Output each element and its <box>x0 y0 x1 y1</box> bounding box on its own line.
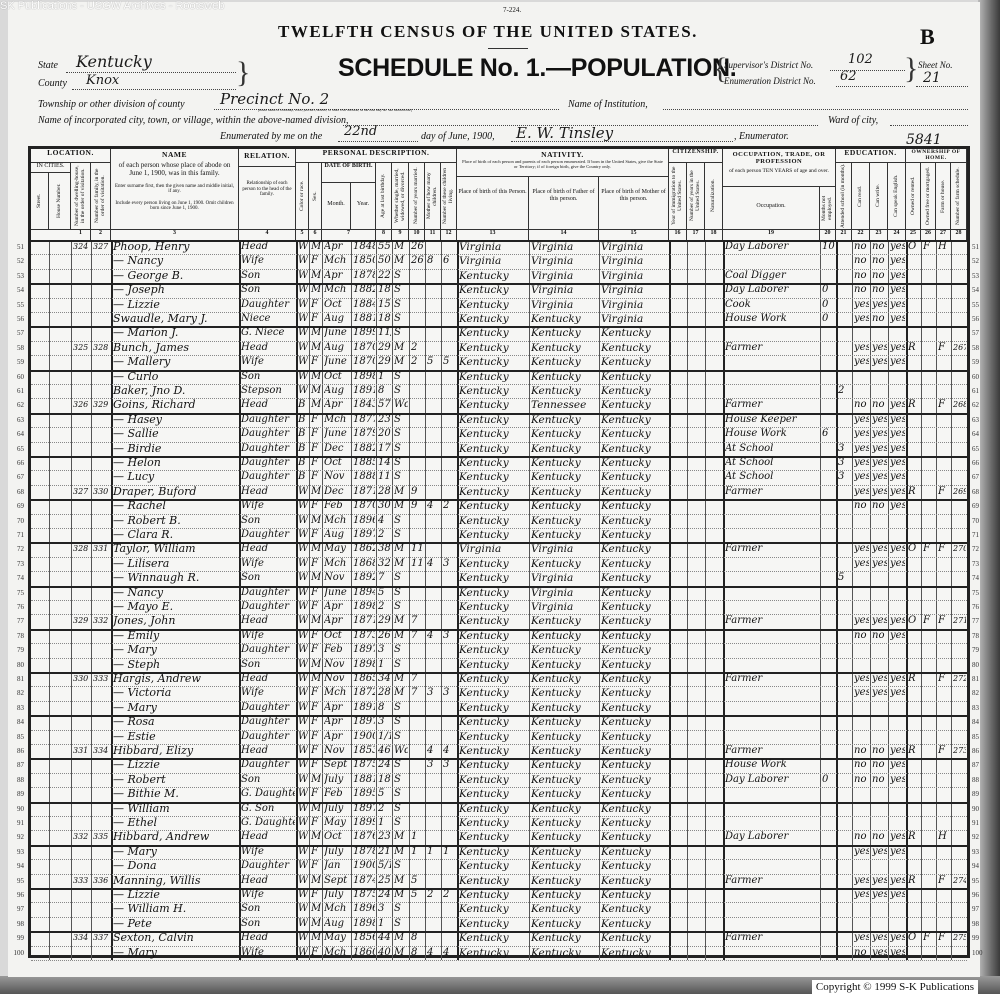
cell-year: 1899 <box>353 816 375 830</box>
cell-birth: Kentucky <box>459 614 528 628</box>
cell-mother-of <box>427 773 440 787</box>
cell-relation: Son <box>241 283 295 297</box>
cell-dwelling <box>73 571 90 585</box>
cell-mother-of: 4 <box>427 946 440 960</box>
cell-living <box>443 370 456 384</box>
cell-occupation <box>725 845 819 859</box>
cell-age: 32 <box>378 557 391 571</box>
cell-mother-birth: Virginia <box>601 269 668 283</box>
cell-farm-no <box>953 816 966 830</box>
cell-school <box>838 917 851 931</box>
cell-free <box>923 499 935 513</box>
cell-english <box>890 701 905 715</box>
cell-mother-of: 3 <box>427 686 440 700</box>
cell-color: W <box>298 730 308 744</box>
cell-relation: Daughter <box>241 758 295 772</box>
line-number: 60 <box>972 373 988 381</box>
cell-living <box>443 902 456 916</box>
cell-family <box>93 470 110 484</box>
cell-yrs-married <box>411 298 424 312</box>
cell-owned: R <box>908 830 920 844</box>
cell-farm-no <box>953 845 966 859</box>
cell-living <box>443 514 456 528</box>
cell-mother-of <box>427 614 440 628</box>
cell-farm <box>938 946 950 960</box>
cell-dwelling <box>73 298 90 312</box>
enum-day-line <box>338 141 418 142</box>
cell-name: — Joseph <box>113 283 238 297</box>
cell-family <box>93 442 110 456</box>
cell-occupation <box>725 730 819 744</box>
line-number: 54 <box>972 286 988 294</box>
cell-occupation <box>725 658 819 672</box>
line-number: 76 <box>972 603 988 611</box>
cell-school <box>838 254 851 268</box>
cell-yrs-married <box>411 427 424 441</box>
header-citizenship: CITIZENSHIP. <box>669 149 723 163</box>
cell-relation: G. Son <box>241 802 295 816</box>
cell-school <box>838 830 851 844</box>
cell-write <box>872 600 887 614</box>
cell-family <box>93 946 110 960</box>
cell-color: W <box>298 586 308 600</box>
header-years-in-us: Number of years in the United States. <box>687 163 705 230</box>
column-number: 4 <box>239 230 296 240</box>
line-number: 64 <box>8 430 24 438</box>
cell-unemployed <box>822 384 835 398</box>
cell-farm <box>938 773 950 787</box>
cell-color: W <box>298 341 308 355</box>
cell-name: Baker, Jno D. <box>113 384 238 398</box>
cell-name: — Mary <box>113 701 238 715</box>
header-nativity: NATIVITY. Place of birth of each person … <box>457 149 669 177</box>
line-number: 64 <box>972 430 988 438</box>
cell-unemployed <box>822 326 835 340</box>
cell-free <box>923 802 935 816</box>
cell-year: 1898 <box>353 658 375 672</box>
cell-name: — Hasey <box>113 413 238 427</box>
column-number: 20 <box>820 230 836 240</box>
cell-age: 34 <box>378 672 391 686</box>
cell-farm <box>938 470 950 484</box>
cell-year: 1856 <box>353 931 375 945</box>
cell-relation: Wife <box>241 888 295 902</box>
column-number: 2 <box>91 230 111 240</box>
cell-english: yes <box>890 456 905 470</box>
cell-mother-of: 4 <box>427 557 440 571</box>
cell-write <box>872 326 887 340</box>
line-number: 82 <box>972 689 988 697</box>
cell-yrs-married <box>411 413 424 427</box>
cell-mother-of <box>427 312 440 326</box>
cell-month: June <box>324 427 350 441</box>
header-immigration: Year of immigration to the United States… <box>669 163 687 230</box>
cell-occupation: House Work <box>725 312 819 326</box>
line-number: 62 <box>972 401 988 409</box>
cell-month: Apr <box>324 240 350 254</box>
cell-owned <box>908 586 920 600</box>
cell-free <box>923 845 935 859</box>
supervisor-label: Supervisor's District No. <box>724 60 813 70</box>
cell-write: yes <box>872 845 887 859</box>
cell-year: 1860 <box>353 946 375 960</box>
cell-month: June <box>324 355 350 369</box>
cell-month: Feb <box>324 643 350 657</box>
cell-school <box>838 787 851 801</box>
cell-father-birth: Virginia <box>531 600 598 614</box>
line-number: 85 <box>972 733 988 741</box>
cell-school <box>838 499 851 513</box>
cell-farm-no: 275 <box>953 931 966 945</box>
cell-school <box>838 355 851 369</box>
cell-mother-of: 4 <box>427 744 440 758</box>
cell-mother-of <box>427 787 440 801</box>
cell-occupation: House Work <box>725 758 819 772</box>
cell-write <box>872 715 887 729</box>
cell-father-birth: Kentucky <box>531 485 598 499</box>
cell-dwelling <box>73 326 90 340</box>
cell-farm: H <box>938 240 950 254</box>
cell-read: yes <box>854 456 869 470</box>
cell-age: 40 <box>378 946 391 960</box>
cell-write <box>872 643 887 657</box>
cell-living <box>443 456 456 470</box>
cell-living <box>443 283 456 297</box>
cell-month: Mch <box>324 413 350 427</box>
cell-farm-no: 271 <box>953 614 966 628</box>
census-title: TWELFTH CENSUS OF THE UNITED STATES. <box>278 22 698 42</box>
cell-mother-birth: Kentucky <box>601 384 668 398</box>
cell-family <box>93 254 110 268</box>
line-number: 78 <box>8 632 24 640</box>
cell-unemployed <box>822 355 835 369</box>
cell-living: 3 <box>443 686 456 700</box>
cell-mother-birth: Kentucky <box>601 413 668 427</box>
cell-yrs-married: 11 <box>411 557 424 571</box>
cell-living <box>443 600 456 614</box>
cell-english <box>890 600 905 614</box>
cell-family: 329 <box>93 398 110 412</box>
cell-farm-no <box>953 686 966 700</box>
cell-year: 1900 <box>353 859 375 873</box>
cell-read: yes <box>854 542 869 556</box>
cell-free: F <box>923 931 935 945</box>
line-number: 83 <box>8 704 24 712</box>
cell-unemployed <box>822 370 835 384</box>
cell-yrs-married <box>411 902 424 916</box>
cell-sex: F <box>311 744 321 758</box>
cell-marital: S <box>394 600 408 614</box>
cell-occupation: Farmer <box>725 874 819 888</box>
cell-farm <box>938 355 950 369</box>
cell-father-birth: Kentucky <box>531 773 598 787</box>
cell-name: — Robert B. <box>113 514 238 528</box>
cell-farm-no <box>953 629 966 643</box>
cell-english <box>890 917 905 931</box>
cell-marital: S <box>394 470 408 484</box>
cell-owned <box>908 470 920 484</box>
line-number: 63 <box>972 416 988 424</box>
cell-unemployed <box>822 830 835 844</box>
cell-relation: Head <box>241 931 295 945</box>
cell-unemployed <box>822 614 835 628</box>
cell-family: 336 <box>93 874 110 888</box>
cell-marital: M <box>394 888 408 902</box>
cell-farm-no <box>953 312 966 326</box>
header-year: Year. <box>351 183 376 230</box>
cell-free <box>923 643 935 657</box>
header-farm-schedule: Number of farm schedule. <box>951 163 967 230</box>
cell-color: W <box>298 528 308 542</box>
cell-farm <box>938 514 950 528</box>
cell-month: Nov <box>324 672 350 686</box>
cell-english <box>890 802 905 816</box>
cell-age: 1 <box>378 370 391 384</box>
cell-school <box>838 542 851 556</box>
cell-birth: Kentucky <box>459 514 528 528</box>
cell-mother-of <box>427 643 440 657</box>
cell-relation: Wife <box>241 845 295 859</box>
cell-father-birth: Kentucky <box>531 643 598 657</box>
cell-name: — Helon <box>113 456 238 470</box>
cell-owned <box>908 528 920 542</box>
cell-father-birth: Kentucky <box>531 946 598 960</box>
cell-owned: O <box>908 240 920 254</box>
cell-marital: S <box>394 312 408 326</box>
cell-mother-of <box>427 658 440 672</box>
cell-read: yes <box>854 874 869 888</box>
cell-color: W <box>298 326 308 340</box>
cell-dwelling <box>73 269 90 283</box>
cell-month: July <box>324 888 350 902</box>
column-number: 7 <box>322 230 376 240</box>
cell-living <box>443 326 456 340</box>
cell-occupation <box>725 355 819 369</box>
line-number: 52 <box>972 257 988 265</box>
cell-unemployed <box>822 917 835 931</box>
cell-sex: F <box>311 312 321 326</box>
cell-sex: F <box>311 557 321 571</box>
cell-write: yes <box>872 456 887 470</box>
cell-mother-birth: Kentucky <box>601 542 668 556</box>
cell-school <box>838 658 851 672</box>
cell-dwelling <box>73 470 90 484</box>
header-can-read: Can read. <box>852 163 870 230</box>
cell-color: W <box>298 614 308 628</box>
cell-mother-of <box>427 269 440 283</box>
cell-farm: F <box>938 398 950 412</box>
cell-english: yes <box>890 672 905 686</box>
cell-farm-no <box>953 283 966 297</box>
column-number: 16 <box>669 230 687 240</box>
line-number: 79 <box>972 646 988 654</box>
form-number: 7-224. <box>503 6 521 14</box>
cell-farm-no <box>953 758 966 772</box>
cell-color: W <box>298 298 308 312</box>
cell-living <box>443 715 456 729</box>
cell-read <box>854 701 869 715</box>
cell-read <box>854 715 869 729</box>
enumerator-label: , Enumerator. <box>734 131 789 142</box>
cell-dwelling: 330 <box>73 672 90 686</box>
enumeration-line <box>836 86 905 87</box>
row-divider <box>31 960 967 961</box>
cell-occupation: Farmer <box>725 398 819 412</box>
cell-sex: F <box>311 787 321 801</box>
cell-age: 21 <box>378 845 391 859</box>
cell-school <box>838 715 851 729</box>
line-number: 81 <box>8 675 24 683</box>
cell-farm-no <box>953 456 966 470</box>
cell-mother-birth: Virginia <box>601 312 668 326</box>
cell-family: 334 <box>93 744 110 758</box>
cell-unemployed <box>822 528 835 542</box>
cell-read <box>854 816 869 830</box>
cell-family <box>93 816 110 830</box>
cell-relation: Wife <box>241 946 295 960</box>
cell-mother-birth: Kentucky <box>601 341 668 355</box>
cell-farm <box>938 859 950 873</box>
cell-owned <box>908 629 920 643</box>
cell-write: no <box>872 254 887 268</box>
cell-family <box>93 312 110 326</box>
cell-birth: Kentucky <box>459 557 528 571</box>
cell-month: July <box>324 802 350 816</box>
cell-sex: M <box>311 658 321 672</box>
cell-owned <box>908 413 920 427</box>
cell-father-birth: Kentucky <box>531 888 598 902</box>
cell-color: W <box>298 658 308 672</box>
line-number: 56 <box>972 315 988 323</box>
cell-unemployed <box>822 787 835 801</box>
cell-name: — Winnaugh R. <box>113 571 238 585</box>
cell-owned: R <box>908 485 920 499</box>
cell-mother-birth: Kentucky <box>601 830 668 844</box>
cell-mother-birth: Kentucky <box>601 355 668 369</box>
cell-occupation <box>725 528 819 542</box>
cell-mother-birth: Kentucky <box>601 686 668 700</box>
cell-birth: Kentucky <box>459 298 528 312</box>
cell-farm <box>938 845 950 859</box>
cell-farm <box>938 586 950 600</box>
cell-family <box>93 586 110 600</box>
cell-month: Sept <box>324 758 350 772</box>
cell-birth: Kentucky <box>459 341 528 355</box>
cell-marital: M <box>394 542 408 556</box>
cell-write <box>872 571 887 585</box>
cell-month: Oct <box>324 830 350 844</box>
line-number: 89 <box>8 790 24 798</box>
cell-age: 1/12 <box>378 730 391 744</box>
cell-dwelling: 329 <box>73 614 90 628</box>
cell-mother-of <box>427 931 440 945</box>
cell-age: 26 <box>378 629 391 643</box>
cell-farm <box>938 888 950 902</box>
header-ownership: OWNERSHIP OF HOME. <box>906 149 967 163</box>
cell-birth: Kentucky <box>459 269 528 283</box>
cell-yrs-married: 26 <box>411 254 424 268</box>
cell-owned: R <box>908 672 920 686</box>
cell-mother-birth: Kentucky <box>601 586 668 600</box>
cell-mother-birth: Kentucky <box>601 758 668 772</box>
cell-free <box>923 326 935 340</box>
cell-english: yes <box>890 240 905 254</box>
cell-family <box>93 514 110 528</box>
cell-dwelling: 326 <box>73 398 90 412</box>
cell-unemployed: 0 <box>822 298 835 312</box>
cell-school <box>838 672 851 686</box>
cell-name: — Curlo <box>113 370 238 384</box>
cell-birth: Kentucky <box>459 600 528 614</box>
cell-birth: Kentucky <box>459 456 528 470</box>
cell-father-birth: Kentucky <box>531 384 598 398</box>
cell-owned <box>908 701 920 715</box>
cell-name: — Mayo E. <box>113 600 238 614</box>
cell-relation: Wife <box>241 355 295 369</box>
cell-owned <box>908 442 920 456</box>
cell-english <box>890 384 905 398</box>
cell-father-birth: Kentucky <box>531 442 598 456</box>
cell-read: yes <box>854 485 869 499</box>
institution-label: Name of Institution, <box>568 99 648 110</box>
cell-farm-no <box>953 499 966 513</box>
cell-farm-no <box>953 586 966 600</box>
column-number: 10 <box>409 230 425 240</box>
sheet-line <box>916 86 968 87</box>
cell-yrs-married: 8 <box>411 946 424 960</box>
cell-relation: Daughter <box>241 442 295 456</box>
line-number: 95 <box>8 877 24 885</box>
cell-birth: Kentucky <box>459 730 528 744</box>
cell-marital: S <box>394 269 408 283</box>
cell-yrs-married <box>411 470 424 484</box>
cell-school <box>838 946 851 960</box>
cell-farm <box>938 715 950 729</box>
cell-yrs-married: 7 <box>411 614 424 628</box>
cell-occupation: Farmer <box>725 931 819 945</box>
cell-age: 18 <box>378 773 391 787</box>
line-number: 89 <box>972 790 988 798</box>
cell-birth: Kentucky <box>459 902 528 916</box>
cell-read <box>854 859 869 873</box>
header-relation: RELATION. Relationship of each person to… <box>239 149 296 230</box>
cell-unemployed <box>822 398 835 412</box>
cell-birth: Kentucky <box>459 470 528 484</box>
line-number: 72 <box>972 545 988 553</box>
cell-read <box>854 326 869 340</box>
cell-year: 1877 <box>353 413 375 427</box>
cell-unemployed <box>822 816 835 830</box>
cell-write: yes <box>872 341 887 355</box>
line-number: 94 <box>972 862 988 870</box>
cell-unemployed: 10 <box>822 240 835 254</box>
cell-unemployed <box>822 499 835 513</box>
cell-year: 1897 <box>353 643 375 657</box>
cell-farm-no <box>953 830 966 844</box>
cell-mother-birth: Kentucky <box>601 571 668 585</box>
cell-birth: Virginia <box>459 254 528 268</box>
cell-dwelling <box>73 456 90 470</box>
cell-relation: Daughter <box>241 427 295 441</box>
cell-unemployed <box>822 456 835 470</box>
cell-month: Apr <box>324 614 350 628</box>
cell-unemployed <box>822 946 835 960</box>
cell-year: 1897 <box>353 528 375 542</box>
cell-farm <box>938 499 950 513</box>
cell-mother-of <box>427 398 440 412</box>
cell-sex: M <box>311 485 321 499</box>
cell-relation: G. Daughter <box>241 816 295 830</box>
